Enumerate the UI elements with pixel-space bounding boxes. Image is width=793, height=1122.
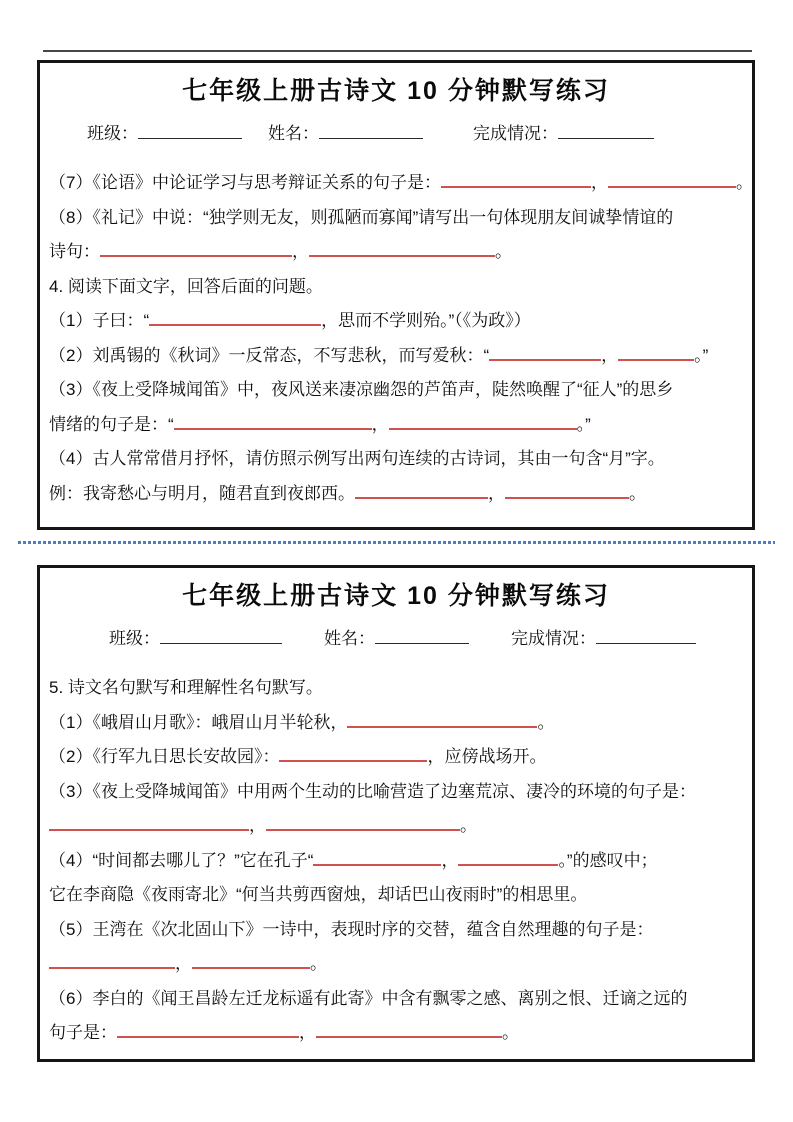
question-text: （2）《行军九日思长安故园》： [49, 747, 279, 766]
answer-blank[interactable] [458, 859, 558, 866]
answer-blank[interactable] [309, 250, 495, 257]
question-text: （8）《礼记》中说：“独学则无友，则孤陋而寡闻”请写出一句体现朋友间诚挚情谊的 [49, 208, 673, 227]
question-text: 5. 诗文名句默写和理解性名句默写。 [49, 678, 323, 697]
question-text: ， [372, 415, 389, 434]
question-line: ，。 [49, 947, 743, 982]
field-label: 班级： [109, 624, 160, 649]
question-line: （1）《峨眉山月歌》：峨眉山月半轮秋，。 [49, 706, 743, 741]
question-text: （7）《论语》中论证学习与思考辩证关系的句子是： [49, 173, 441, 192]
question-text: ， [299, 1023, 316, 1042]
question-text: 。 [537, 713, 554, 732]
question-text: 。” [694, 346, 708, 365]
question-text: 例：我寄愁心与明月，随君直到夜郎西。 [49, 484, 355, 503]
question-line: （8）《礼记》中说：“独学则无友，则孤陋而寡闻”请写出一句体现朋友间诚挚情谊的 [49, 201, 743, 236]
question-line: 诗句：，。 [49, 235, 743, 270]
answer-blank[interactable] [608, 181, 736, 188]
answer-blank[interactable] [355, 492, 488, 499]
question-text: （4）“时间都去哪儿了？”它在孔子“ [49, 851, 313, 870]
question-line: 它在李商隐《夜雨寄北》“何当共剪西窗烛，却话巴山夜雨时”的相思里。 [49, 878, 743, 913]
answer-blank[interactable] [316, 1031, 502, 1038]
answer-blank[interactable] [266, 824, 460, 831]
question-line: （2）刘禹锡的《秋词》一反常态，不写悲秋，而写爱秋：“，。” [49, 339, 743, 374]
write-in-blank[interactable] [138, 134, 242, 139]
field: 完成情况： [511, 624, 696, 649]
question-text: （1）《峨眉山月歌》：峨眉山月半轮秋， [49, 713, 347, 732]
field: 姓名： [324, 624, 469, 649]
answer-blank[interactable] [489, 354, 601, 361]
field-label: 姓名： [268, 119, 319, 144]
dotted-divider [18, 541, 775, 544]
question-text: ， [488, 484, 505, 503]
worksheet-section-2: 七年级上册古诗文 10 分钟默写练习 班级：姓名：完成情况： 5. 诗文名句默写… [37, 565, 755, 1062]
question-text: 。”的感叹中； [558, 851, 657, 870]
question-text: ， [249, 816, 266, 835]
question-text: （6）李白的《闻王昌龄左迁龙标遥有此寄》中含有飘零之感、离别之恨、迁谪之远的 [49, 989, 687, 1008]
field-label: 姓名： [324, 624, 375, 649]
question-text: ， [175, 954, 192, 973]
answer-blank[interactable] [389, 423, 577, 430]
answer-blank[interactable] [49, 824, 249, 831]
question-lines: （7）《论语》中论证学习与思考辩证关系的句子是：，。（8）《礼记》中说：“独学则… [49, 166, 743, 511]
question-text: （3）《夜上受降城闻笛》中用两个生动的比喻营造了边塞荒凉、凄冷的环境的句子是： [49, 782, 696, 801]
answer-blank[interactable] [441, 181, 591, 188]
question-line: （2）《行军九日思长安故园》：，应傍战场开。 [49, 740, 743, 775]
question-line: 例：我寄愁心与明月，随君直到夜郎西。，。 [49, 477, 743, 512]
answer-blank[interactable] [618, 354, 694, 361]
question-text: 。 [629, 484, 646, 503]
question-text: 。 [502, 1023, 519, 1042]
question-line: （1）子曰：“，思而不学则殆。”（《为政》） [49, 304, 743, 339]
question-line: （3）《夜上受降城闻笛》中，夜风送来凄凉幽怨的芦笛声，陡然唤醒了“征人”的思乡 [49, 373, 743, 408]
write-in-blank[interactable] [375, 639, 469, 644]
answer-blank[interactable] [49, 962, 175, 969]
question-text: 它在李商隐《夜雨寄北》“何当共剪西窗烛，却话巴山夜雨时”的相思里。 [49, 885, 587, 904]
fields-row: 班级：姓名：完成情况： [49, 624, 743, 659]
answer-blank[interactable] [279, 755, 427, 762]
question-line: （3）《夜上受降城闻笛》中用两个生动的比喻营造了边塞荒凉、凄冷的环境的句子是： [49, 775, 743, 810]
question-text: ， [591, 173, 608, 192]
field-label: 班级： [87, 119, 138, 144]
question-text: 句子是： [49, 1023, 117, 1042]
answer-blank[interactable] [100, 250, 292, 257]
question-text: （1）子曰：“ [49, 311, 149, 330]
write-in-blank[interactable] [558, 134, 654, 139]
question-text: （5）王湾在《次北固山下》一诗中，表现时序的交替，蕴含自然理趣的句子是： [49, 920, 653, 939]
worksheet-title: 七年级上册古诗文 10 分钟默写练习 [49, 75, 743, 107]
answer-blank[interactable] [192, 962, 310, 969]
worksheet-section-1: 七年级上册古诗文 10 分钟默写练习 班级：姓名：完成情况： （7）《论语》中论… [37, 60, 755, 530]
question-line: 5. 诗文名句默写和理解性名句默写。 [49, 671, 743, 706]
question-line: ，。 [49, 809, 743, 844]
question-text: ， [601, 346, 618, 365]
answer-blank[interactable] [117, 1031, 299, 1038]
question-text: 。” [577, 415, 591, 434]
fields-row: 班级：姓名：完成情况： [49, 119, 743, 154]
field: 完成情况： [473, 119, 654, 144]
question-line: （4）“时间都去哪儿了？”它在孔子“，。”的感叹中； [49, 844, 743, 879]
question-text: 4. 阅读下面文字，回答后面的问题。 [49, 277, 323, 296]
question-line: （5）王湾在《次北固山下》一诗中，表现时序的交替，蕴含自然理趣的句子是： [49, 913, 743, 948]
question-line: 情绪的句子是：“，。” [49, 408, 743, 443]
answer-blank[interactable] [149, 319, 321, 326]
question-text: ， [292, 242, 309, 261]
question-text: （3）《夜上受降城闻笛》中，夜风送来凄凉幽怨的芦笛声，陡然唤醒了“征人”的思乡 [49, 380, 673, 399]
question-text: ， [441, 851, 458, 870]
write-in-blank[interactable] [160, 639, 282, 644]
question-text: 。 [495, 242, 512, 261]
question-text: ，应傍战场开。 [427, 747, 546, 766]
answer-blank[interactable] [505, 492, 629, 499]
question-text: 。 [736, 173, 753, 192]
question-text: 。 [310, 954, 327, 973]
answer-blank[interactable] [313, 859, 441, 866]
field-label: 完成情况： [473, 119, 558, 144]
question-text: 诗句： [49, 242, 100, 261]
field: 班级： [109, 624, 282, 649]
question-line: 4. 阅读下面文字，回答后面的问题。 [49, 270, 743, 305]
question-text: 。 [460, 816, 477, 835]
answer-blank[interactable] [174, 423, 372, 430]
write-in-blank[interactable] [319, 134, 423, 139]
field-label: 完成情况： [511, 624, 596, 649]
worksheet-title: 七年级上册古诗文 10 分钟默写练习 [49, 580, 743, 612]
question-text: 情绪的句子是：“ [49, 415, 174, 434]
question-text: （2）刘禹锡的《秋词》一反常态，不写悲秋，而写爱秋：“ [49, 346, 489, 365]
question-line: （7）《论语》中论证学习与思考辩证关系的句子是：，。 [49, 166, 743, 201]
write-in-blank[interactable] [596, 639, 696, 644]
question-line: （4）古人常常借月抒怀，请仿照示例写出两句连续的古诗词，其由一句含“月”字。 [49, 442, 743, 477]
question-text: ，思而不学则殆。”（《为政》） [321, 311, 531, 330]
field: 姓名： [268, 119, 423, 144]
question-text: （4）古人常常借月抒怀，请仿照示例写出两句连续的古诗词，其由一句含“月”字。 [49, 449, 665, 468]
question-lines: 5. 诗文名句默写和理解性名句默写。（1）《峨眉山月歌》：峨眉山月半轮秋，。（2… [49, 671, 743, 1051]
answer-blank[interactable] [347, 721, 537, 728]
question-line: 句子是：，。 [49, 1016, 743, 1051]
question-line: （6）李白的《闻王昌龄左迁龙标遥有此寄》中含有飘零之感、离别之恨、迁谪之远的 [49, 982, 743, 1017]
header-rule [43, 50, 752, 52]
field: 班级： [87, 119, 242, 144]
worksheet-page: 七年级上册古诗文 10 分钟默写练习 班级：姓名：完成情况： （7）《论语》中论… [0, 0, 793, 1122]
